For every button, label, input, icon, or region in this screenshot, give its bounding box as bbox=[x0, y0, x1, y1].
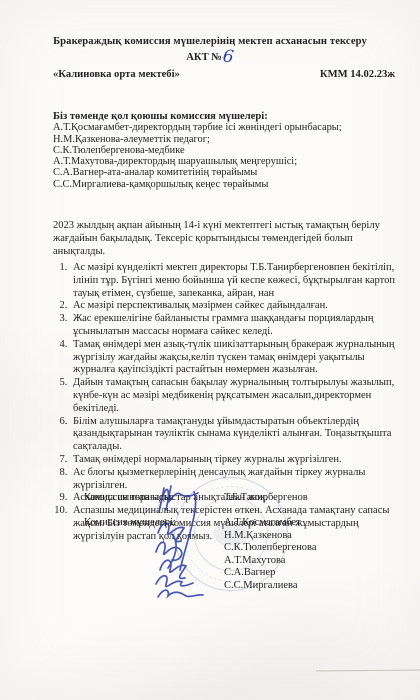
finding-item: Дайын тамақтың сапасын бақылау журналыны… bbox=[70, 377, 400, 415]
finding-item: Ас мәзірі күнделікті мектеп директоры Т.… bbox=[70, 262, 400, 300]
commission-member: А.Т.Махутова-директордың шаруашылық меңг… bbox=[53, 156, 395, 167]
commission-members-list: А.Т.Қосмағамбет-директордың тәрбие ісі ж… bbox=[53, 122, 395, 190]
finding-item: Білім алушыларға тамақтануды ұйымдастыра… bbox=[70, 416, 400, 454]
school-name: «Калиновка орта мектебі» bbox=[53, 69, 180, 81]
finding-item: Тамақ өнімдері мен азық-түлік шикізаттар… bbox=[70, 339, 400, 377]
scan-artifact-line bbox=[316, 670, 420, 672]
finding-item: Ас мәзірі перспективалық мәзірмен сәйкес… bbox=[70, 300, 400, 313]
member-signature-name: С.С.Миргалиева bbox=[224, 580, 317, 593]
finding-item: Жас ерекшелігіне байланысты граммға шаққ… bbox=[70, 313, 400, 339]
subheader-row: «Калиновка орта мектебі» КММ 14.02.23ж bbox=[53, 69, 395, 81]
org-date: КММ 14.02.23ж bbox=[320, 69, 395, 81]
commission-member: С.С.Миргалиева-қамқоршылық кеңес төрайым… bbox=[53, 179, 395, 190]
member-signature-name: С.А.Вагнер bbox=[224, 567, 317, 580]
member-signature-name: А.Т.Махутова bbox=[224, 555, 317, 568]
commission-member: Н.М.Қазкенова-әлеуметтік педагог; bbox=[53, 134, 395, 145]
act-number-line: АКТ №6 bbox=[0, 49, 420, 64]
members-label: Комиссия мүшелері: bbox=[84, 517, 176, 529]
finding-item: Ас блогы қызметкерлерінің денсаулық жағд… bbox=[70, 467, 400, 493]
document-title: Бракераждық комиссия мүшелерінің мектеп … bbox=[18, 36, 402, 48]
commission-member: С.А.Вагнер-ата-аналар комитетінің төрайы… bbox=[53, 167, 395, 178]
member-signature-name: С.К.Тюлепбергенова bbox=[224, 542, 317, 555]
signature-member-names: А.Т.Қосмагамбет Н.М.Қазкенова С.К.Тюлепб… bbox=[224, 517, 317, 592]
chairman-name: Т.Б.Танирбергенов bbox=[224, 492, 308, 504]
commission-member: С.К.Тюлепбергенова-медбике bbox=[53, 145, 395, 156]
commission-member: А.Т.Қосмағамбет-директордың тәрбие ісі ж… bbox=[53, 122, 395, 133]
chairman-label: Комиссия төрағасы: bbox=[84, 492, 174, 504]
inspection-paragraph: 2023 жылдың ақпан айының 14-і күні мекте… bbox=[53, 219, 396, 258]
commission-intro: Біз төменде қол қоюшы комиссия мүшелері: bbox=[53, 111, 395, 122]
member-signature-name: Н.М.Қазкенова bbox=[224, 530, 317, 543]
document-page: Бракераждық комиссия мүшелерінің мектеп … bbox=[0, 0, 420, 700]
finding-item: Тамақ өнімдері нормаларының тіркеу журна… bbox=[70, 454, 400, 467]
act-number-handwritten: 6 bbox=[222, 50, 234, 64]
member-signature-name: А.Т.Қосмагамбет bbox=[224, 517, 317, 530]
act-label: АКТ № bbox=[186, 52, 222, 63]
